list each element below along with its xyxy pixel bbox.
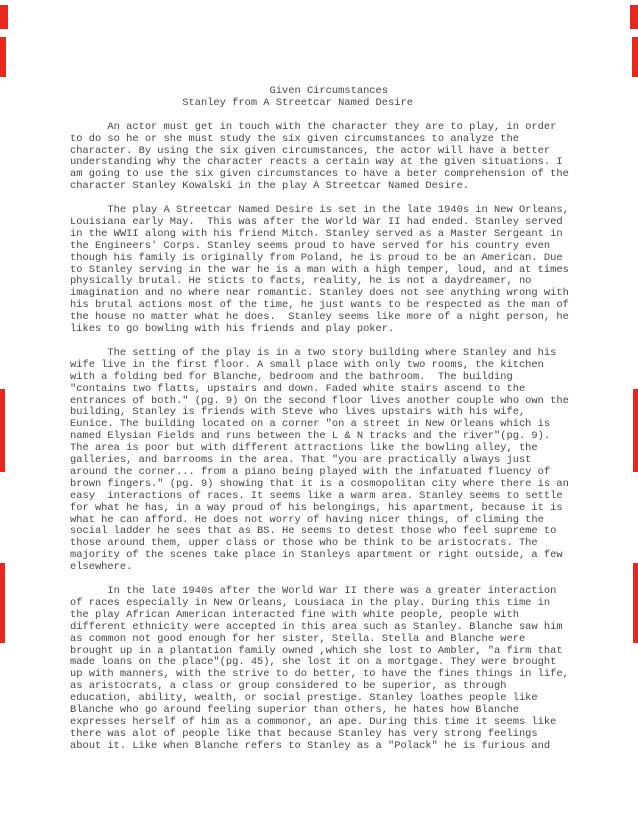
red-edge-artifact-left-mid (0, 389, 5, 472)
red-edge-artifact-top-right (630, 5, 638, 29)
essay-paragraph-setting: The setting of the play is in a two stor… (70, 348, 575, 574)
essay-paragraph-intro: An actor must get in touch with the char… (70, 122, 575, 193)
red-edge-artifact-right-lower (633, 563, 638, 643)
red-edge-artifact-top-left (0, 5, 8, 29)
red-edge-artifact-left-lower (0, 563, 5, 643)
red-edge-artifact-right-mid (633, 389, 638, 472)
document-page: Given Circumstances Stanley from A Stree… (0, 0, 638, 826)
red-edge-artifact-left-upper (0, 37, 6, 77)
red-edge-artifact-right-upper (632, 37, 638, 77)
essay-paragraph-society: In the late 1940s after the World War II… (70, 586, 575, 753)
essay-title: Given Circumstances Stanley from A Stree… (70, 86, 575, 110)
essay-paragraph-war-background: The play A Streetcar Named Desire is set… (70, 205, 575, 336)
essay: Given Circumstances Stanley from A Stree… (70, 86, 575, 753)
